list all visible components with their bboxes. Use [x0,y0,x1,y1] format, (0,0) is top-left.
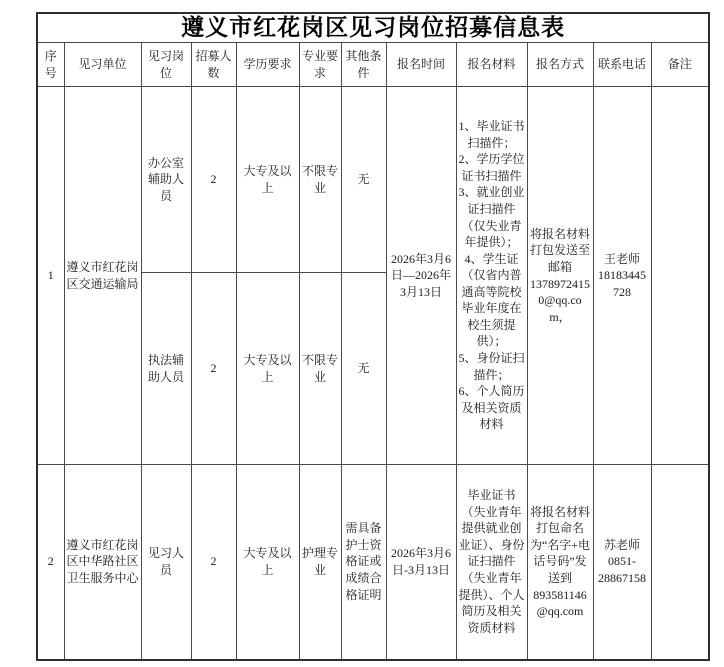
cell-r1a-major: 不限专业 [299,87,341,273]
cell-r1-method: 将报名材料打包发送至邮箱 13789724150@qq.com， [527,87,593,465]
column-header-time: 报名时间 [386,43,456,87]
cell-r1-phone: 王老师 18183445728 [593,87,651,465]
cell-r2-education: 大专及以上 [236,465,299,660]
column-header-no: 序号 [37,43,64,87]
column-header-major: 专业要求 [299,43,341,87]
column-header-method: 报名方式 [527,43,593,87]
cell-r2-count: 2 [191,465,236,660]
cell-r2-post: 见习人员 [141,465,191,660]
cell-r1a-other: 无 [341,87,386,273]
cell-r2-time: 2026年3月6日-3月13日 [386,465,456,660]
cell-r2-phone: 苏老师 0851- 28867158 [593,465,651,660]
cell-r2-unit: 遵义市红花岗区中华路社区卫生服务中心 [64,465,141,660]
cell-r2-method: 将报名材料打包命名为“名字+电话号码”发送到 893581146@qq.com [527,465,593,660]
column-header-post: 见习岗位 [141,43,191,87]
cell-r2-no: 2 [37,465,64,660]
recruitment-table: 遵义市红花岗区见习岗位招募信息表 序号 见习单位 见习岗位 招募人数 学历要求 … [36,12,710,661]
cell-r1b-education: 大专及以上 [236,273,299,465]
column-header-education: 学历要求 [236,43,299,87]
cell-r1-unit: 遵义市红花岗区交通运输局 [64,87,141,465]
cell-r1-materials: 1、毕业证书扫描件； 2、学历学位证书扫描件 3、就业创业证扫描件（仅失业青年提… [456,87,527,465]
cell-r1-time: 2026年3月6日—2026年3月13日 [386,87,456,465]
cell-r1a-post: 办公室辅助人员 [141,87,191,273]
page: 遵义市红花岗区见习岗位招募信息表 序号 见习单位 见习岗位 招募人数 学历要求 … [0,0,724,667]
column-header-other: 其他条件 [341,43,386,87]
column-header-note: 备注 [651,43,709,87]
cell-r1-no: 1 [37,87,64,465]
column-header-phone: 联系电话 [593,43,651,87]
cell-r2-note [651,465,709,660]
table-row-2: 2 遵义市红花岗区中华路社区卫生服务中心 见习人员 2 大专及以上 护理专业 需… [37,465,709,660]
cell-r1b-post: 执法辅助人员 [141,273,191,465]
cell-r1-note [651,87,709,465]
title-row: 遵义市红花岗区见习岗位招募信息表 [37,13,709,43]
column-header-materials: 报名材料 [456,43,527,87]
page-title: 遵义市红花岗区见习岗位招募信息表 [37,13,709,43]
cell-r2-materials: 毕业证书（失业青年提供就业创业证）、身份证扫描件（失业青年提供）、个人简历及相关… [456,465,527,660]
cell-r1b-major: 不限专业 [299,273,341,465]
cell-r1b-other: 无 [341,273,386,465]
cell-r2-other: 需具备护士资格证或成绩合格证明 [341,465,386,660]
cell-r1a-education: 大专及以上 [236,87,299,273]
cell-r1b-count: 2 [191,273,236,465]
table-row-1-sub-1: 1 遵义市红花岗区交通运输局 办公室辅助人员 2 大专及以上 不限专业 无 20… [37,87,709,273]
column-header-count: 招募人数 [191,43,236,87]
column-header-unit: 见习单位 [64,43,141,87]
table-header-row: 序号 见习单位 见习岗位 招募人数 学历要求 专业要求 其他条件 报名时间 报名… [37,43,709,87]
cell-r1a-count: 2 [191,87,236,273]
cell-r2-major: 护理专业 [299,465,341,660]
